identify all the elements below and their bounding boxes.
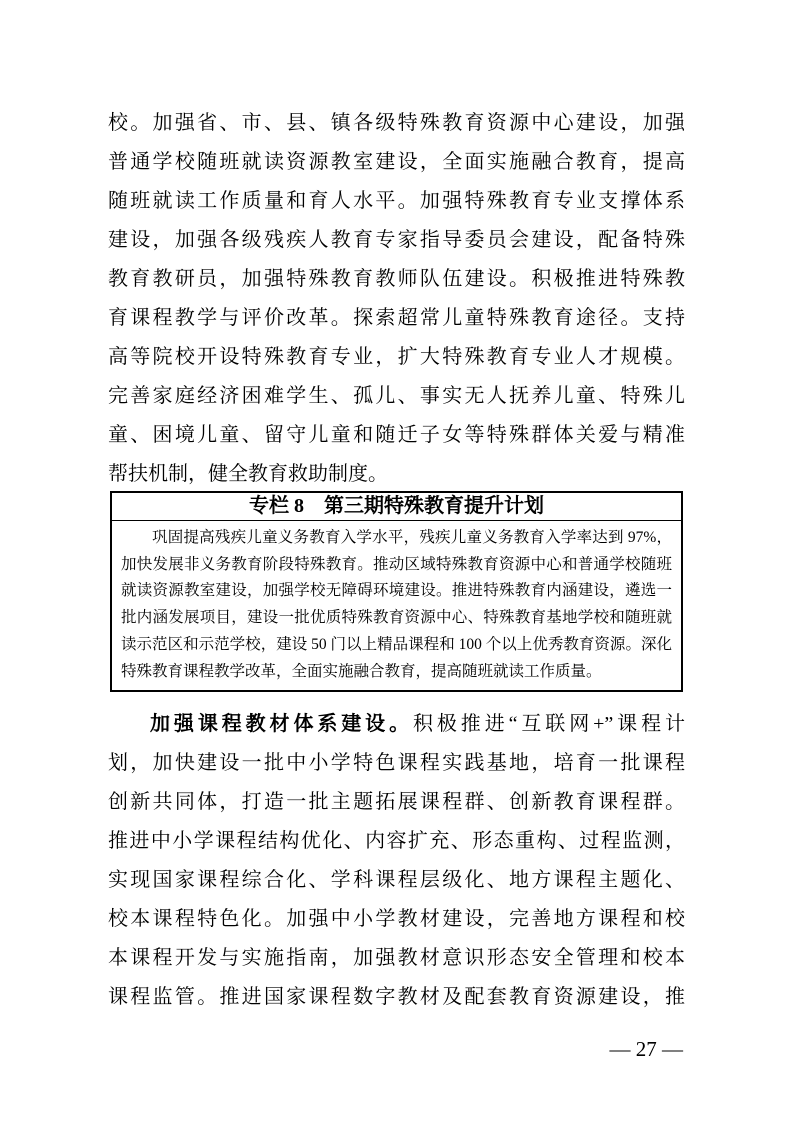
text-line: 建设，加强各级残疾人教育专家指导委员会建设，配备特殊 xyxy=(108,221,685,260)
callout-box-title: 专栏 8 第三期特殊教育提升计划 xyxy=(112,493,681,521)
text-line: 童、困境儿童、留守儿童和随迁子女等特殊群体关爱与精准 xyxy=(108,416,685,455)
text-line: 课程监管。推进国家课程数字教材及配套教育资源建设，推 xyxy=(108,978,685,1017)
text-line: 读示范区和示范学校，建设 50 门以上精品课程和 100 个以上优秀教育资源。深… xyxy=(121,632,672,659)
paragraph-lead-rest: 积极推进“互联网+”课程计 xyxy=(413,713,685,735)
text-line: 划，加快建设一批中小学特色课程实践基地，培育一批课程 xyxy=(108,744,685,783)
text-line: 随班就读工作质量和育人水平。加强特殊教育专业支撑体系 xyxy=(108,182,685,221)
text-line: 创新共同体，打造一批主题拓展课程群、创新教育课程群。 xyxy=(108,783,685,822)
text-line: 加强课程教材体系建设。积极推进“互联网+”课程计 xyxy=(108,705,685,744)
callout-box-special-education-plan: 专栏 8 第三期特殊教育提升计划 巩固提高残疾儿童义务教育入学水平，残疾儿童义务… xyxy=(110,491,683,692)
callout-box-body: 巩固提高残疾儿童义务教育入学水平，残疾儿童义务教育入学率达到 97%， 加快发展… xyxy=(112,521,681,690)
text-line: 实现国家课程综合化、学科课程层级化、地方课程主题化、 xyxy=(108,861,685,900)
text-line: 校本课程特色化。加强中小学教材建设，完善地方课程和校 xyxy=(108,900,685,939)
paragraph-continued: 校。加强省、市、县、镇各级特殊教育资源中心建设，加强 普通学校随班就读资源教室建… xyxy=(108,104,685,494)
text-line: 育课程教学与评价改革。探索超常儿童特殊教育途径。支持 xyxy=(108,299,685,338)
paragraph-curriculum: 加强课程教材体系建设。积极推进“互联网+”课程计 划，加快建设一批中小学特色课程… xyxy=(108,705,685,1017)
text-line: 教育教研员，加强特殊教育教师队伍建设。积极推进特殊教 xyxy=(108,260,685,299)
document-page: 校。加强省、市、县、镇各级特殊教育资源中心建设，加强 普通学校随班就读资源教室建… xyxy=(0,0,793,1122)
text-line: 普通学校随班就读资源教室建设，全面实施融合教育，提高 xyxy=(108,143,685,182)
text-line: 本课程开发与实施指南，加强教材意识形态安全管理和校本 xyxy=(108,939,685,978)
text-line: 校。加强省、市、县、镇各级特殊教育资源中心建设，加强 xyxy=(108,104,685,143)
text-line: 就读资源教室建设，加强学校无障碍环境建设。推进特殊教育内涵建设，遴选一 xyxy=(121,578,672,605)
page-number: — 27 — xyxy=(610,1034,684,1064)
text-line: 巩固提高残疾儿童义务教育入学水平，残疾儿童义务教育入学率达到 97%， xyxy=(121,525,672,552)
text-line: 帮扶机制，健全教育救助制度。 xyxy=(108,455,685,494)
text-line: 完善家庭经济困难学生、孤儿、事实无人抚养儿童、特殊儿 xyxy=(108,377,685,416)
text-line: 推进中小学课程结构优化、内容扩充、形态重构、过程监测， xyxy=(108,822,685,861)
text-line: 批内涵发展项目，建设一批优质特殊教育资源中心、特殊教育基地学校和随班就 xyxy=(121,605,672,632)
paragraph-lead-bold: 加强课程教材体系建设。 xyxy=(150,713,413,735)
text-line: 高等院校开设特殊教育专业，扩大特殊教育专业人才规模。 xyxy=(108,338,685,377)
text-line: 特殊教育课程教学改革，全面实施融合教育，提高随班就读工作质量。 xyxy=(121,659,672,686)
text-line: 加快发展非义务教育阶段特殊教育。推动区域特殊教育资源中心和普通学校随班 xyxy=(121,552,672,579)
